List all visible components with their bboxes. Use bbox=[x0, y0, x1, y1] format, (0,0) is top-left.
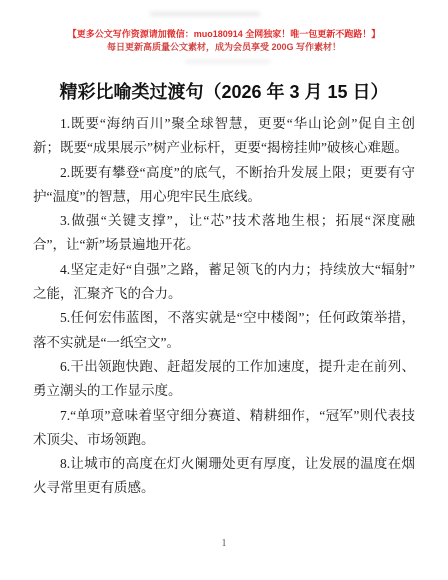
paragraph-6: 6.干出领跑快跑、赶超发展的工作加速度，提升走在前列、勇立潮头的工作显示度。 bbox=[33, 355, 415, 404]
promo-line-2: 每日更新高质量公文素材，成为会员享受 200G 写作素材！ bbox=[0, 41, 448, 54]
paragraph-8: 8.让城市的高度在灯火阑珊处更有厚度，让发展的温度在烟火寻常里更有质感。 bbox=[33, 452, 415, 501]
page-number: 1 bbox=[0, 538, 448, 549]
paragraph-7: 7.“单项”意味着坚守细分赛道、精耕细作，“冠军”则代表技术顶尖、市场领跑。 bbox=[33, 404, 415, 453]
document-page: 【更多公文写作资源请加微信：muo180914 全网独家！唯一包更新不跑路！】 … bbox=[0, 0, 448, 580]
blurred-artifact-top bbox=[150, 12, 260, 16]
document-body: 1.既要“海纳百川”聚全球智慧，更要“华山论剑”促自主创新；既要“成果展示”树产… bbox=[33, 112, 415, 501]
blurred-artifact-mid bbox=[185, 60, 270, 63]
paragraph-1: 1.既要“海纳百川”聚全球智慧，更要“华山论剑”促自主创新；既要“成果展示”树产… bbox=[33, 112, 415, 161]
paragraph-3: 3.做强“关键支撑”，让“芯”技术落地生根；拓展“深度融合”，让“新”场景遍地开… bbox=[33, 209, 415, 258]
document-title: 精彩比喻类过渡句（2026 年 3 月 15 日） bbox=[0, 80, 448, 104]
promo-header: 【更多公文写作资源请加微信：muo180914 全网独家！唯一包更新不跑路！】 … bbox=[0, 28, 448, 54]
paragraph-5: 5.任何宏伟蓝图，不落实就是“空中楼阁”；任何政策举措，落不实就是“一纸空文”。 bbox=[33, 306, 415, 355]
promo-line-1: 【更多公文写作资源请加微信：muo180914 全网独家！唯一包更新不跑路！】 bbox=[0, 28, 448, 41]
paragraph-2: 2.既要有攀登“高度”的底气，不断抬升发展上限；更要有守护“温度”的智慧，用心兜… bbox=[33, 161, 415, 210]
paragraph-4: 4.坚定走好“自强”之路，蓄足领飞的内力；持续放大“辐射”之能，汇聚齐飞的合力。 bbox=[33, 258, 415, 307]
